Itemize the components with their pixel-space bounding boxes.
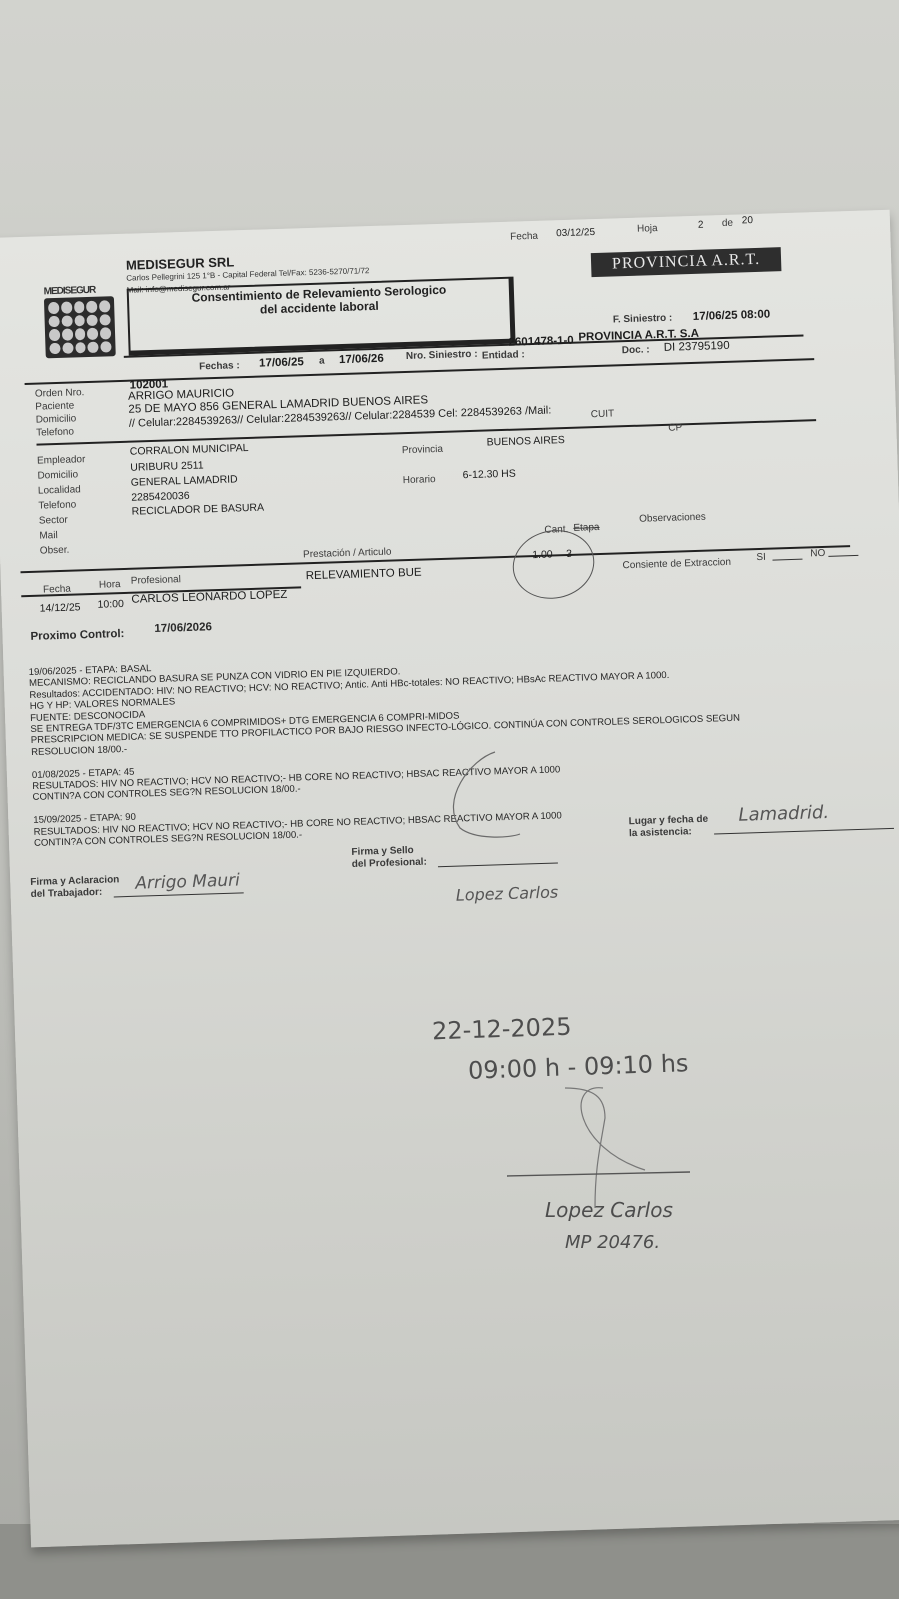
provincia-value: BUENOS AIRES <box>486 434 565 448</box>
handwritten-date: 22-12-2025 <box>432 1013 572 1046</box>
mail-label: Mail <box>39 530 58 542</box>
col-prestacion: Prestación / Articulo <box>303 547 392 561</box>
lugar-label-2: la asistencia: <box>629 826 692 839</box>
handwritten-circle <box>506 523 600 606</box>
col-hora: Hora <box>99 579 121 591</box>
col-etapa: Etapa <box>573 522 599 534</box>
handwritten-license: MP 20476. <box>565 1232 660 1253</box>
total-hojas: 20 <box>742 215 753 226</box>
proximo-control-label: Proximo Control: <box>30 628 124 643</box>
horario-label: Horario <box>403 474 436 486</box>
emp-domicilio-label: Domicilio <box>37 469 78 481</box>
obser-label: Obser. <box>40 545 70 557</box>
si-label: SI <box>756 552 766 563</box>
medisegur-logo-icon <box>44 296 116 358</box>
firma-profesional-label-1: Firma y Sello <box>351 845 414 858</box>
localidad-label: Localidad <box>38 484 81 496</box>
emp-domicilio-value: URIBURU 2511 <box>130 459 204 473</box>
emp-telefono-label: Telefono <box>38 499 76 511</box>
col-profesional: Profesional <box>131 574 181 587</box>
signature-icon <box>505 1088 695 1208</box>
row-prestacion: RELEVAMIENTO BUE <box>306 567 422 583</box>
orden-label: Orden Nro. <box>35 387 85 400</box>
f-siniestro-value: 17/06/25 08:00 <box>693 309 771 323</box>
a-label: a <box>319 356 325 367</box>
lugar-handwritten: Lamadrid. <box>738 802 829 826</box>
fecha-hasta: 17/06/26 <box>339 353 384 366</box>
row-hora: 10:00 <box>97 598 124 611</box>
si-blank[interactable] <box>772 559 802 561</box>
hoja-value: 2 <box>698 220 704 231</box>
firma-profesional-label-2: del Profesional: <box>352 857 427 870</box>
fecha-value: 03/12/25 <box>556 227 595 239</box>
row-fecha: 14/12/25 <box>39 601 80 614</box>
provincia-label: Provincia <box>402 444 443 456</box>
sector-value: RECICLADOR DE BASURA <box>131 502 264 518</box>
firma-trabajador-label-2: del Trabajador: <box>30 887 102 900</box>
no-label: NO <box>810 548 825 559</box>
signature-loop-icon <box>440 750 540 850</box>
telefono-label: Telefono <box>36 426 74 438</box>
horario-value: 6-12.30 HS <box>462 468 515 482</box>
fecha-desde: 17/06/25 <box>259 356 304 369</box>
document-title-box: Consentimiento de Relevamiento Serologic… <box>127 277 516 356</box>
handwritten-name: Lopez Carlos <box>545 1198 673 1222</box>
siniestro-value: 2601478-1-0 <box>508 335 574 349</box>
firma-profesional-line[interactable] <box>438 862 558 867</box>
cuit-label: CUIT <box>591 408 615 420</box>
proximo-control-date: 17/06/2026 <box>154 621 212 635</box>
f-siniestro-label: F. Siniestro : <box>613 313 673 326</box>
paciente-label: Paciente <box>35 400 74 412</box>
profesional-signature: Lopez Carlos <box>456 882 559 904</box>
lugar-line[interactable] <box>714 828 894 835</box>
firma-trabajador-line[interactable] <box>114 892 244 897</box>
localidad-value: GENERAL LAMADRID <box>131 473 238 488</box>
fecha-label: Fecha <box>510 231 538 243</box>
no-blank[interactable] <box>828 555 858 557</box>
cp-label: CP <box>668 422 682 433</box>
fechas-label: Fechas : <box>199 360 240 372</box>
document-sheet: Fecha 03/12/25 Hoja 2 de 20 MEDISEGUR ME… <box>0 210 899 1548</box>
trabajador-signature: Arrigo Mauri <box>135 870 240 893</box>
provincia-art-logo: PROVINCIA A.R.T. <box>591 247 782 277</box>
col-observaciones: Observaciones <box>639 512 706 525</box>
sector-label: Sector <box>39 515 68 527</box>
doc-label: Doc. : <box>622 344 650 356</box>
entidad-label: Entidad : <box>482 349 525 361</box>
consiente-label: Consiente de Extraccion <box>622 557 731 571</box>
emp-telefono-value: 2285420036 <box>131 490 190 504</box>
firma-trabajador-label-1: Firma y Aclaracion <box>30 874 119 888</box>
hoja-label: Hoja <box>637 223 658 235</box>
empleador-value: CORRALON MUNICIPAL <box>130 442 249 458</box>
domicilio-label: Domicilio <box>36 413 77 425</box>
de-label: de <box>722 218 733 229</box>
doc-value: DI 23795190 <box>664 340 730 354</box>
siniestro-label: Nro. Siniestro : <box>406 349 478 362</box>
empleador-label: Empleador <box>37 454 86 467</box>
logo-text: MEDISEGUR <box>44 285 96 298</box>
